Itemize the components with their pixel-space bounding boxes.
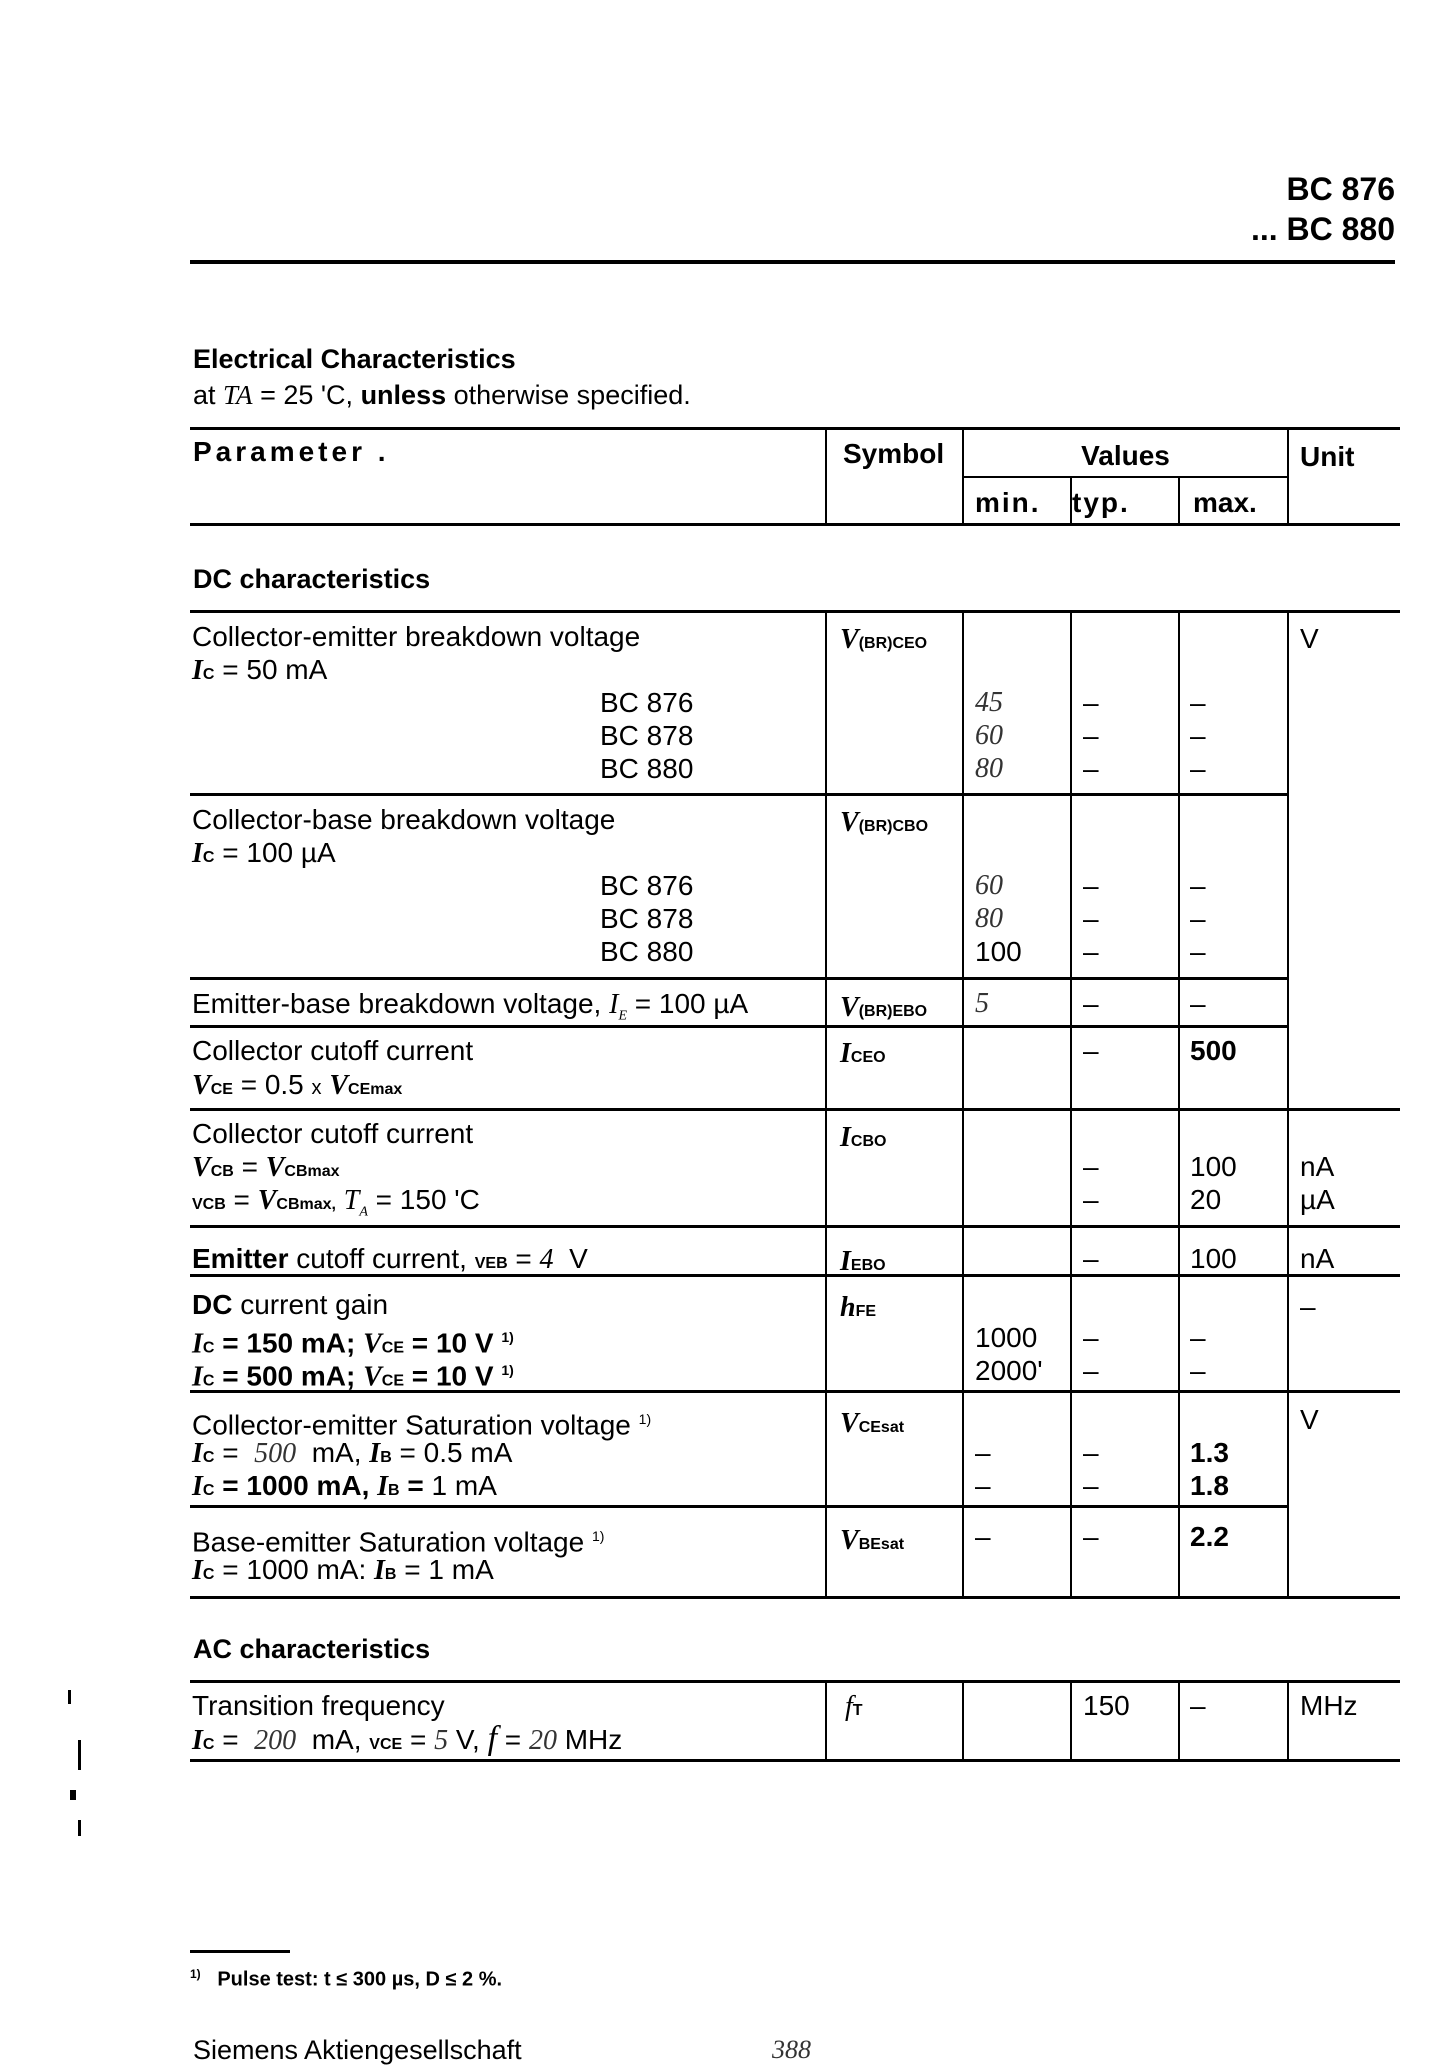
typ-value: – [1083, 1150, 1099, 1183]
conditions-note: at TA = 25 'C, unless otherwise specifie… [193, 380, 691, 411]
typ-value: 150 [1083, 1689, 1130, 1722]
typ-value: – [1083, 1469, 1099, 1502]
max-value: 1.8 [1190, 1469, 1229, 1502]
header-parameter: Parameter . [193, 435, 390, 468]
param-condition: IC = 100 µA [192, 836, 336, 874]
footnote-rule [190, 1950, 290, 1953]
max-value: – [1190, 1689, 1206, 1722]
symbol: ICBO [840, 1120, 886, 1158]
footnote-text: Pulse test: t ≤ 300 µs, D ≤ 2 %. [217, 1969, 502, 1991]
min-value: – [975, 1436, 991, 1469]
ac-section-title: AC characteristics [193, 1634, 430, 1665]
min-value: 60 [975, 869, 1003, 902]
part-number-line-1: BC 876 [1287, 170, 1396, 208]
unit: µA [1300, 1183, 1335, 1216]
scan-artifact [60, 1680, 90, 1850]
typ-value: – [1083, 719, 1099, 752]
min-value: – [975, 1520, 991, 1553]
header-values: Values [963, 439, 1288, 472]
max-value: 100 [1190, 1242, 1237, 1275]
min-value: 80 [975, 902, 1003, 935]
param-name: Transition frequency [192, 1689, 445, 1722]
min-value: 80 [975, 752, 1003, 785]
max-value: – [1190, 752, 1206, 785]
max-value: – [1190, 1321, 1206, 1354]
typ-value: – [1083, 935, 1099, 968]
device-name: BC 876 [600, 686, 693, 719]
param-name: Collector cutoff current [192, 1117, 473, 1150]
unit: V [1300, 622, 1319, 655]
footnote: 1) Pulse test: t ≤ 300 µs, D ≤ 2 %. [190, 1967, 502, 1992]
note-value: = 25 'C, [260, 380, 353, 410]
param-name: Collector-emitter breakdown voltage [192, 620, 640, 653]
symbol: VCEsat [840, 1406, 904, 1444]
max-value: – [1190, 935, 1206, 968]
device-name: BC 880 [600, 935, 693, 968]
min-value: 5 [975, 987, 989, 1020]
header-min: min. [975, 486, 1041, 519]
header-rule [190, 260, 1395, 264]
max-value: – [1190, 902, 1206, 935]
section-heading: Electrical Characteristics [193, 344, 516, 375]
max-value: 20 [1190, 1183, 1221, 1216]
dc-section-title: DC characteristics [193, 564, 430, 595]
param-condition: VCE = 0.5 x VCEmax [192, 1068, 402, 1106]
symbol: ICEO [840, 1036, 886, 1074]
device-name: BC 876 [600, 869, 693, 902]
symbol: V(BR)CEO [840, 622, 927, 660]
unit: – [1300, 1290, 1316, 1323]
note-prefix: at [193, 380, 216, 410]
unit: V [1300, 1403, 1319, 1436]
typ-value: – [1083, 1242, 1099, 1275]
min-value: – [975, 1469, 991, 1502]
unit: MHz [1300, 1689, 1358, 1722]
max-value: – [1190, 1354, 1206, 1387]
company-name: Siemens Aktiengesellschaft [193, 2035, 522, 2066]
min-value: 60 [975, 719, 1003, 752]
typ-value: – [1083, 752, 1099, 785]
min-value: 2000' [975, 1354, 1043, 1387]
header-typ: typ. [1072, 486, 1130, 519]
device-name: BC 880 [600, 752, 693, 785]
max-value: – [1190, 686, 1206, 719]
note-symbol: TA [223, 380, 253, 410]
max-value: – [1190, 869, 1206, 902]
min-value: 100 [975, 935, 1022, 968]
note-bold: unless [361, 380, 447, 410]
min-value: 45 [975, 686, 1003, 719]
max-value: 500 [1190, 1034, 1237, 1067]
header-max: max. [1193, 486, 1257, 519]
header-unit: Unit [1300, 440, 1354, 473]
typ-value: – [1083, 987, 1099, 1020]
max-value: 2.2 [1190, 1520, 1229, 1553]
typ-value: – [1083, 869, 1099, 902]
typ-value: – [1083, 1321, 1099, 1354]
max-value: 1.3 [1190, 1436, 1229, 1469]
device-name: BC 878 [600, 719, 693, 752]
symbol: hFE [840, 1290, 876, 1328]
param-name: DC current gain [192, 1288, 388, 1321]
typ-value: – [1083, 686, 1099, 719]
param-condition: IC = 1000 mA: IB = 1 mA [192, 1553, 494, 1591]
unit: nA [1300, 1242, 1334, 1275]
param-condition: IC = 50 mA [192, 653, 327, 691]
footnote-marker: 1) [190, 1967, 201, 1981]
min-value: 1000 [975, 1321, 1037, 1354]
note-tail: otherwise specified. [454, 380, 691, 410]
typ-value: – [1083, 1436, 1099, 1469]
typ-value: – [1083, 1520, 1099, 1553]
symbol: V(BR)CBO [840, 805, 928, 843]
symbol: fT [845, 1689, 863, 1727]
symbol: V(BR)EBO [840, 990, 927, 1028]
symbol: VBEsat [840, 1523, 904, 1561]
unit: nA [1300, 1150, 1334, 1183]
param-name: Collector cutoff current [192, 1034, 473, 1067]
param-condition: IC = 200 mA, VCE = 5 V, f = 20 MHz [192, 1722, 622, 1761]
param-name: Collector-base breakdown voltage [192, 803, 615, 836]
max-value: – [1190, 719, 1206, 752]
typ-value: – [1083, 1034, 1099, 1067]
typ-value: – [1083, 1354, 1099, 1387]
typ-value: – [1083, 1183, 1099, 1216]
max-value: 100 [1190, 1150, 1237, 1183]
header-symbol: Symbol [843, 437, 944, 470]
part-number-line-2: ... BC 880 [1251, 210, 1395, 248]
param-condition: IC = 1000 mA, IB = 1 mA [192, 1469, 497, 1507]
device-name: BC 878 [600, 902, 693, 935]
typ-value: – [1083, 902, 1099, 935]
page-number: 388 [772, 2035, 811, 2065]
max-value: – [1190, 987, 1206, 1020]
param-condition: VCB = VCBmax, TA = 150 'C [192, 1183, 480, 1229]
